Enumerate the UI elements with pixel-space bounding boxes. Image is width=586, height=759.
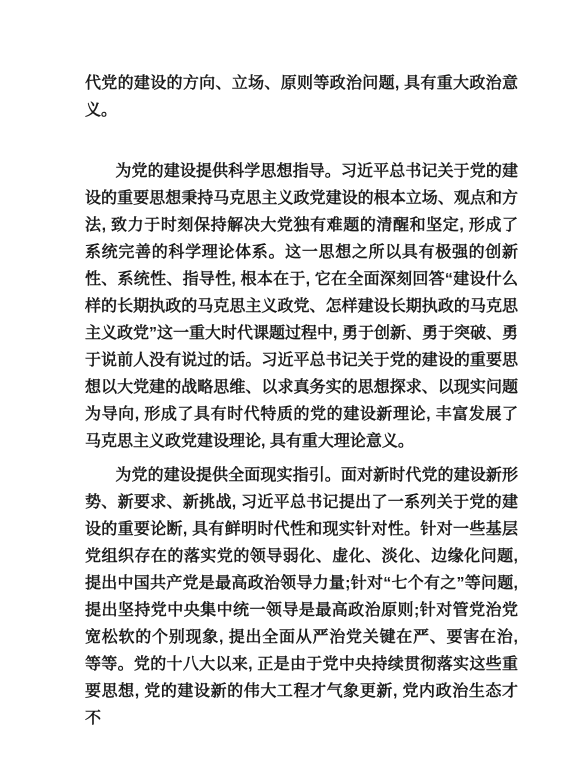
paragraph-science-thought-guidance: 为党的建设提供科学思想指导。习近平总书记关于党的建设的重要思想秉持马克思主义政党… (85, 158, 518, 455)
paragraph-practical-guidance: 为党的建设提供全面现实指引。面对新时代党的建设新形势、新要求、新挑战, 习近平总… (85, 462, 518, 732)
paragraph-continuation: 代党的建设的方向、立场、原则等政治问题, 具有重大政治意义。 (85, 70, 518, 124)
document-page: 代党的建设的方向、立场、原则等政治问题, 具有重大政治意义。 为党的建设提供科学… (0, 0, 586, 759)
